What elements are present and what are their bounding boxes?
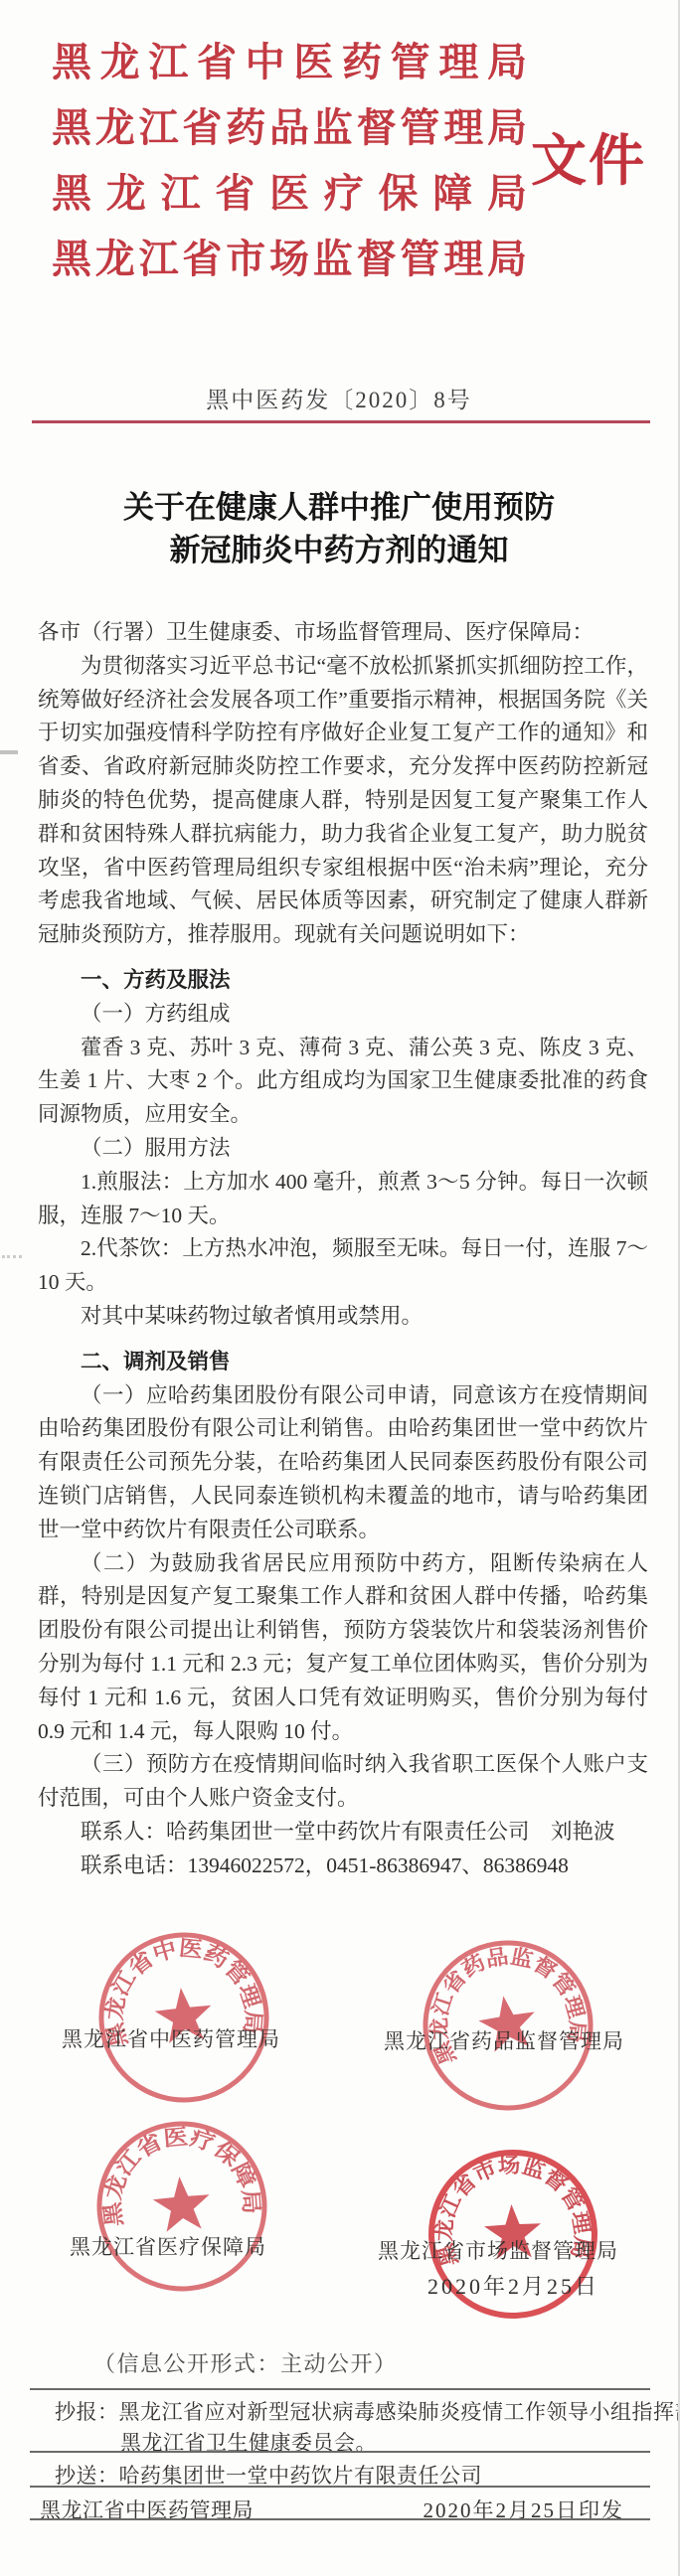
letterhead-agency-1: 黑龙江省中医药管理局 <box>52 30 527 95</box>
method1-paragraph: 1.煎服法：上方加水 400 毫升，煎煮 3～5 分钟。每日一次顿服，连服 7～… <box>38 1166 648 1233</box>
star-icon <box>151 2174 213 2233</box>
document-body: 各市（行署）卫生健康委、市场监督管理局、医疗保障局： 为贯彻落实习近平总书记“毫… <box>38 616 648 1882</box>
section2-heading: 二、调剂及销售 <box>38 1346 648 1379</box>
contact-person-line: 联系人：哈药集团世一堂中药饮片有限责任公司 刘艳波 <box>38 1816 648 1850</box>
letterhead-agency-4: 黑龙江省市场监督管理局 <box>52 227 527 292</box>
official-seal-tcm: 黑龙江省中医药管理局 <box>85 1919 282 2116</box>
method2-paragraph: 2.代茶饮：上方热水冲泡，频服至无味。每日一付，连服 7～10 天。 <box>38 1232 648 1300</box>
section1-heading: 一、方药及服法 <box>38 964 648 998</box>
caution-paragraph: 对其中某味药物过敏者慎用或禁用。 <box>38 1300 648 1334</box>
document-number: 黑中医药发〔2020〕8号 <box>0 382 678 414</box>
sub1-2-heading: （二）服用方法 <box>38 1132 648 1166</box>
cc-report-row: 抄报：黑龙江省应对新型冠状病毒感染肺炎疫情工作领导小组指挥部， <box>55 2396 680 2426</box>
footer-divider-3 <box>30 2486 650 2488</box>
letterhead-agency-3: 黑龙江省医疗保障局 <box>52 161 527 227</box>
disclosure-note: （信息公开形式：主动公开） <box>93 2347 398 2378</box>
scan-artifact-dots <box>2 1255 22 1258</box>
document-title-line2: 新冠肺炎中药方剂的通知 <box>0 529 678 571</box>
seal-signature-market: 黑龙江省市场监督管理局 <box>378 2235 618 2265</box>
red-divider-rule <box>32 420 650 423</box>
cc-report-label: 抄报： <box>55 2400 119 2424</box>
formula-paragraph: 藿香 3 克、苏叶 3 克、薄荷 3 克、蒲公英 3 克、陈皮 3 克、生姜 1… <box>38 1032 648 1132</box>
official-seal-healthcare: 黑龙江省医疗保障局 <box>85 2109 278 2303</box>
scan-artifact-dash <box>0 750 18 754</box>
sale3-paragraph: （三）预防方在疫情期间临时纳入我省职工医保个人账户支付范围，可由个人账户资金支付… <box>38 1748 648 1816</box>
cc-send-text: 哈药集团世一堂中药饮片有限责任公司 <box>119 2464 483 2488</box>
seal-date: 2020年2月25日 <box>427 2270 599 2301</box>
cc-report-text1: 黑龙江省应对新型冠状病毒感染肺炎疫情工作领导小组指挥部， <box>119 2400 680 2424</box>
seal-signature-drug: 黑龙江省药品监督管理局 <box>384 2025 624 2055</box>
sale2-paragraph: （二）为鼓励我省居民应用预防中药方，阻断传染病在人群，特别是因复产复工聚集工作人… <box>38 1547 648 1749</box>
seal-signature-healthcare: 黑龙江省医疗保障局 <box>70 2231 266 2261</box>
letterhead-agency-2: 黑龙江省药品监督管理局 <box>52 95 527 161</box>
document-word: 文件 <box>531 117 646 197</box>
seal-signature-tcm: 黑龙江省中医药管理局 <box>62 2023 280 2053</box>
contact-phone-line: 联系电话：13946022572，0451-86386947、86386948 <box>38 1850 648 1883</box>
footer-divider-1 <box>30 2388 650 2390</box>
letterhead: 黑龙江省中医药管理局 黑龙江省药品监督管理局 黑龙江省医疗保障局 黑龙江省市场监… <box>52 30 527 292</box>
footer-divider-4 <box>30 2518 650 2520</box>
document-title: 关于在健康人群中推广使用预防 新冠肺炎中药方剂的通知 <box>0 486 678 571</box>
sub1-1-heading: （一）方药组成 <box>38 998 648 1032</box>
document-title-line1: 关于在健康人群中推广使用预防 <box>0 486 678 529</box>
cc-send-label: 抄送： <box>55 2464 119 2488</box>
intro-paragraph: 为贯彻落实习近平总书记“毫不放松抓紧抓实抓细防控工作，统筹做好经济社会发展各项工… <box>38 650 648 952</box>
sale1-paragraph: （一）应哈药集团股份有限公司申请，同意该方在疫情期间由哈药集团股份有限公司让利销… <box>38 1379 648 1547</box>
footer-divider-2 <box>30 2451 650 2453</box>
document-page: 黑龙江省中医药管理局 黑龙江省药品监督管理局 黑龙江省医疗保障局 黑龙江省市场监… <box>0 0 680 2576</box>
salutation: 各市（行署）卫生健康委、市场监督管理局、医疗保障局： <box>38 616 648 650</box>
